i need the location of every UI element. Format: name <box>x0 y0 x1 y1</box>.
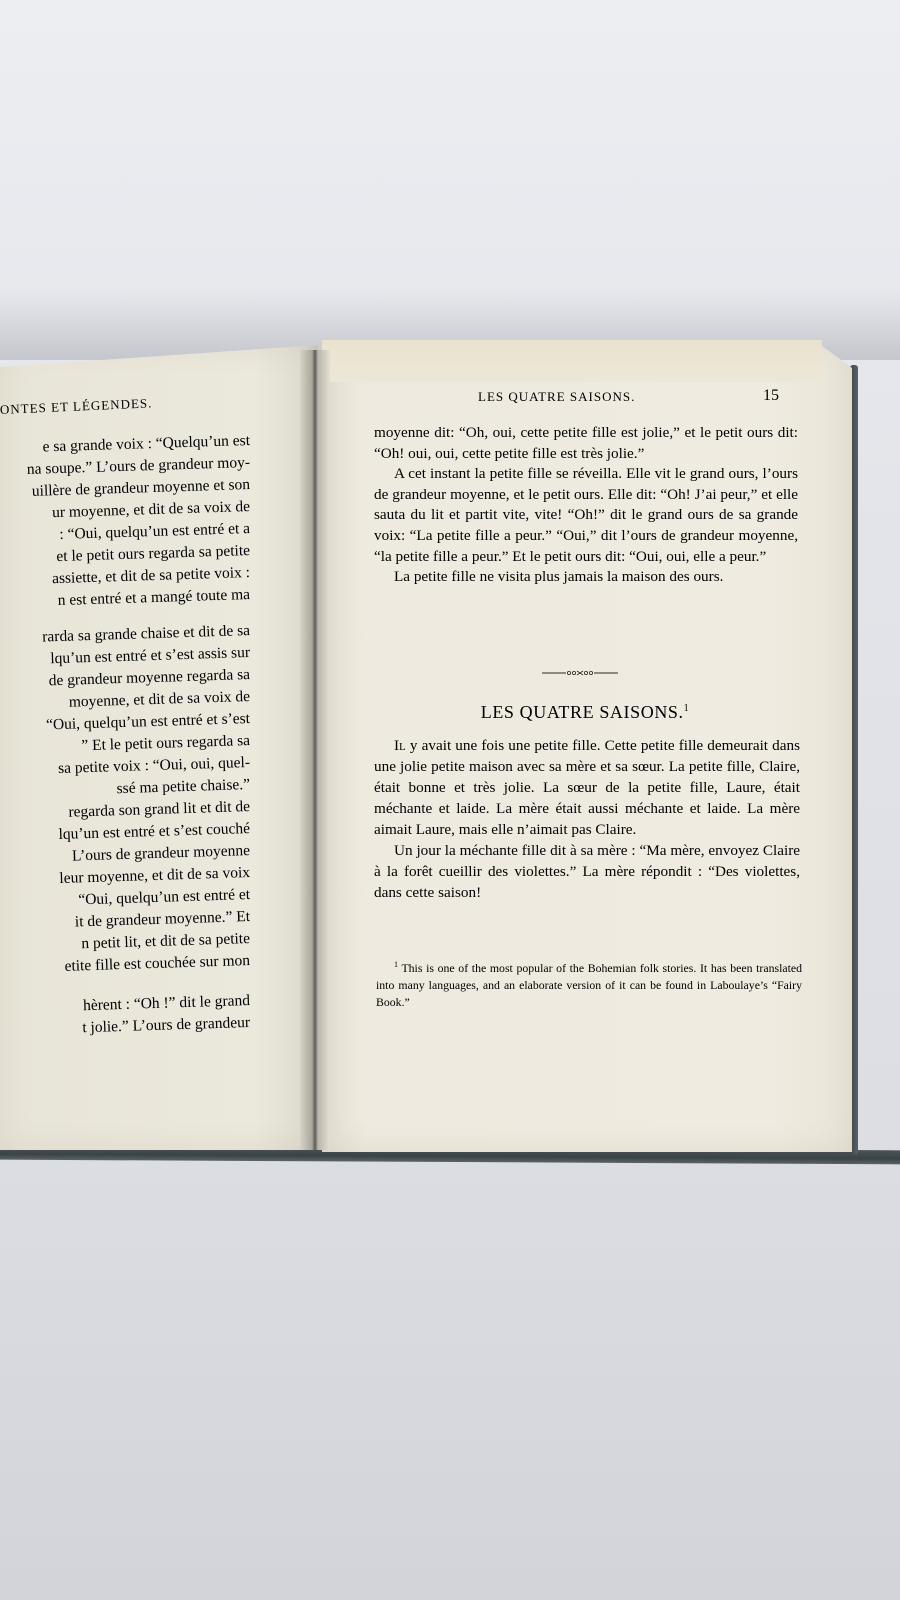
footnote: 1 This is one of the most popular of the… <box>376 956 802 1011</box>
section-title: LES QUATRE SAISONS.1 <box>372 702 798 723</box>
dropcap-word: Il <box>394 737 406 754</box>
paragraph: moyenne dit: “Oh, oui, cette petite fill… <box>374 423 798 464</box>
ornament-divider-icon <box>542 670 618 676</box>
footnote-text: This is one of the most popular of the B… <box>376 961 802 1009</box>
right-running-header: LES QUATRE SAISONS. <box>478 389 635 405</box>
paragraph: Il y avait une fois une petite fille. Ce… <box>374 735 800 840</box>
book-gutter <box>300 350 330 1150</box>
page-number: 15 <box>763 387 779 405</box>
footnote-ref: 1 <box>684 703 690 714</box>
page-top-stain <box>322 340 822 382</box>
paragraph: Un jour la méchante fille dit à sa mère … <box>374 840 800 903</box>
story-ending: moyenne dit: “Oh, oui, cette petite fill… <box>374 423 798 588</box>
paragraph-text: y avait une fois une petite fille. Cette… <box>374 737 800 838</box>
section-title-text: LES QUATRE SAISONS. <box>481 702 684 722</box>
paragraph: A cet instant la petite fille se réveill… <box>374 464 798 567</box>
section-body: Il y avait une fois une petite fille. Ce… <box>374 735 800 903</box>
paragraph: La petite fille ne visita plus jamais la… <box>374 567 798 588</box>
